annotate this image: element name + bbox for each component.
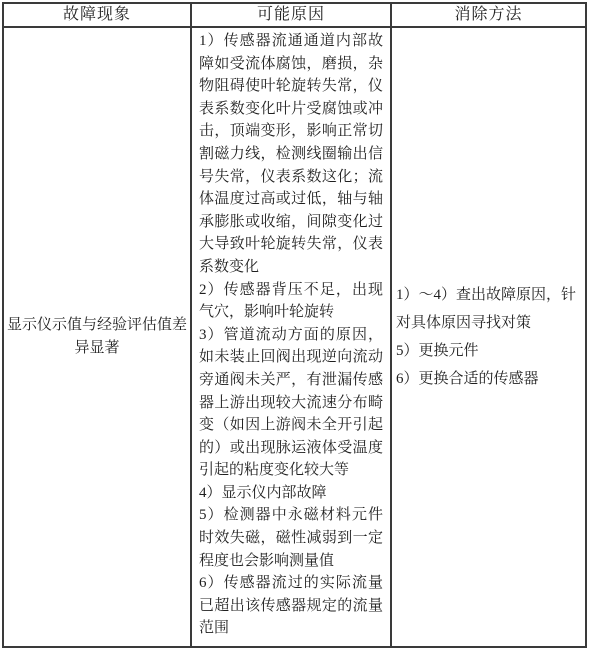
cell-fault-phenomenon: 显示仪示值与经验评估值差异显著: [4, 28, 192, 646]
cell-elimination-methods: 1）～4）查出故障原因，针对具体原因寻找对策5）更换元件6）更换合适的传感器: [392, 28, 585, 646]
table-body-row: 显示仪示值与经验评估值差异显著 1）传感器流通通道内部故障如受流体腐蚀，磨损，杂…: [4, 28, 585, 646]
cause-item: 4）显示仪内部故障: [199, 482, 383, 505]
header-elimination-method: 消除方法: [392, 4, 585, 26]
remedy-list: 1）～4）查出故障原因，针对具体原因寻找对策5）更换元件6）更换合适的传感器: [396, 281, 581, 393]
cause-item: 6）传感器流过的实际流量已超出该传感器规定的流量范围: [199, 572, 383, 640]
remedy-item: 6）更换合适的传感器: [396, 365, 581, 393]
cause-item: 2）传感器背压不足，出现气穴，影响叶轮旋转: [199, 279, 383, 324]
document-page: { "colors": { "bg": "#ffffff", "text": "…: [0, 0, 589, 654]
header-fault-phenomenon: 故障现象: [4, 4, 192, 26]
header-possible-cause: 可能原因: [192, 4, 392, 26]
cell-possible-causes: 1）传感器流通通道内部故障如受流体腐蚀，磨损，杂物阻碍使叶轮旋转失常，仪表系数变…: [192, 28, 392, 646]
fault-phenomenon-text: 显示仪示值与经验评估值差异显著: [6, 314, 188, 360]
cause-item: 1）传感器流通通道内部故障如受流体腐蚀，磨损，杂物阻碍使叶轮旋转失常，仪表系数变…: [199, 30, 383, 279]
fault-table: 故障现象 可能原因 消除方法 显示仪示值与经验评估值差异显著 1）传感器流通通道…: [2, 2, 587, 648]
remedy-item: 5）更换元件: [396, 337, 581, 365]
cause-item: 5）检测器中永磁材料元件时效失磁，磁性减弱到一定程度也会影响测量值: [199, 504, 383, 572]
cause-item: 3）管道流动方面的原因，如未装止回阀出现逆向流动旁通阀未关严，有泄漏传感器上游出…: [199, 324, 383, 482]
table-header-row: 故障现象 可能原因 消除方法: [4, 4, 585, 28]
remedy-item: 1）～4）查出故障原因，针对具体原因寻找对策: [396, 281, 581, 337]
